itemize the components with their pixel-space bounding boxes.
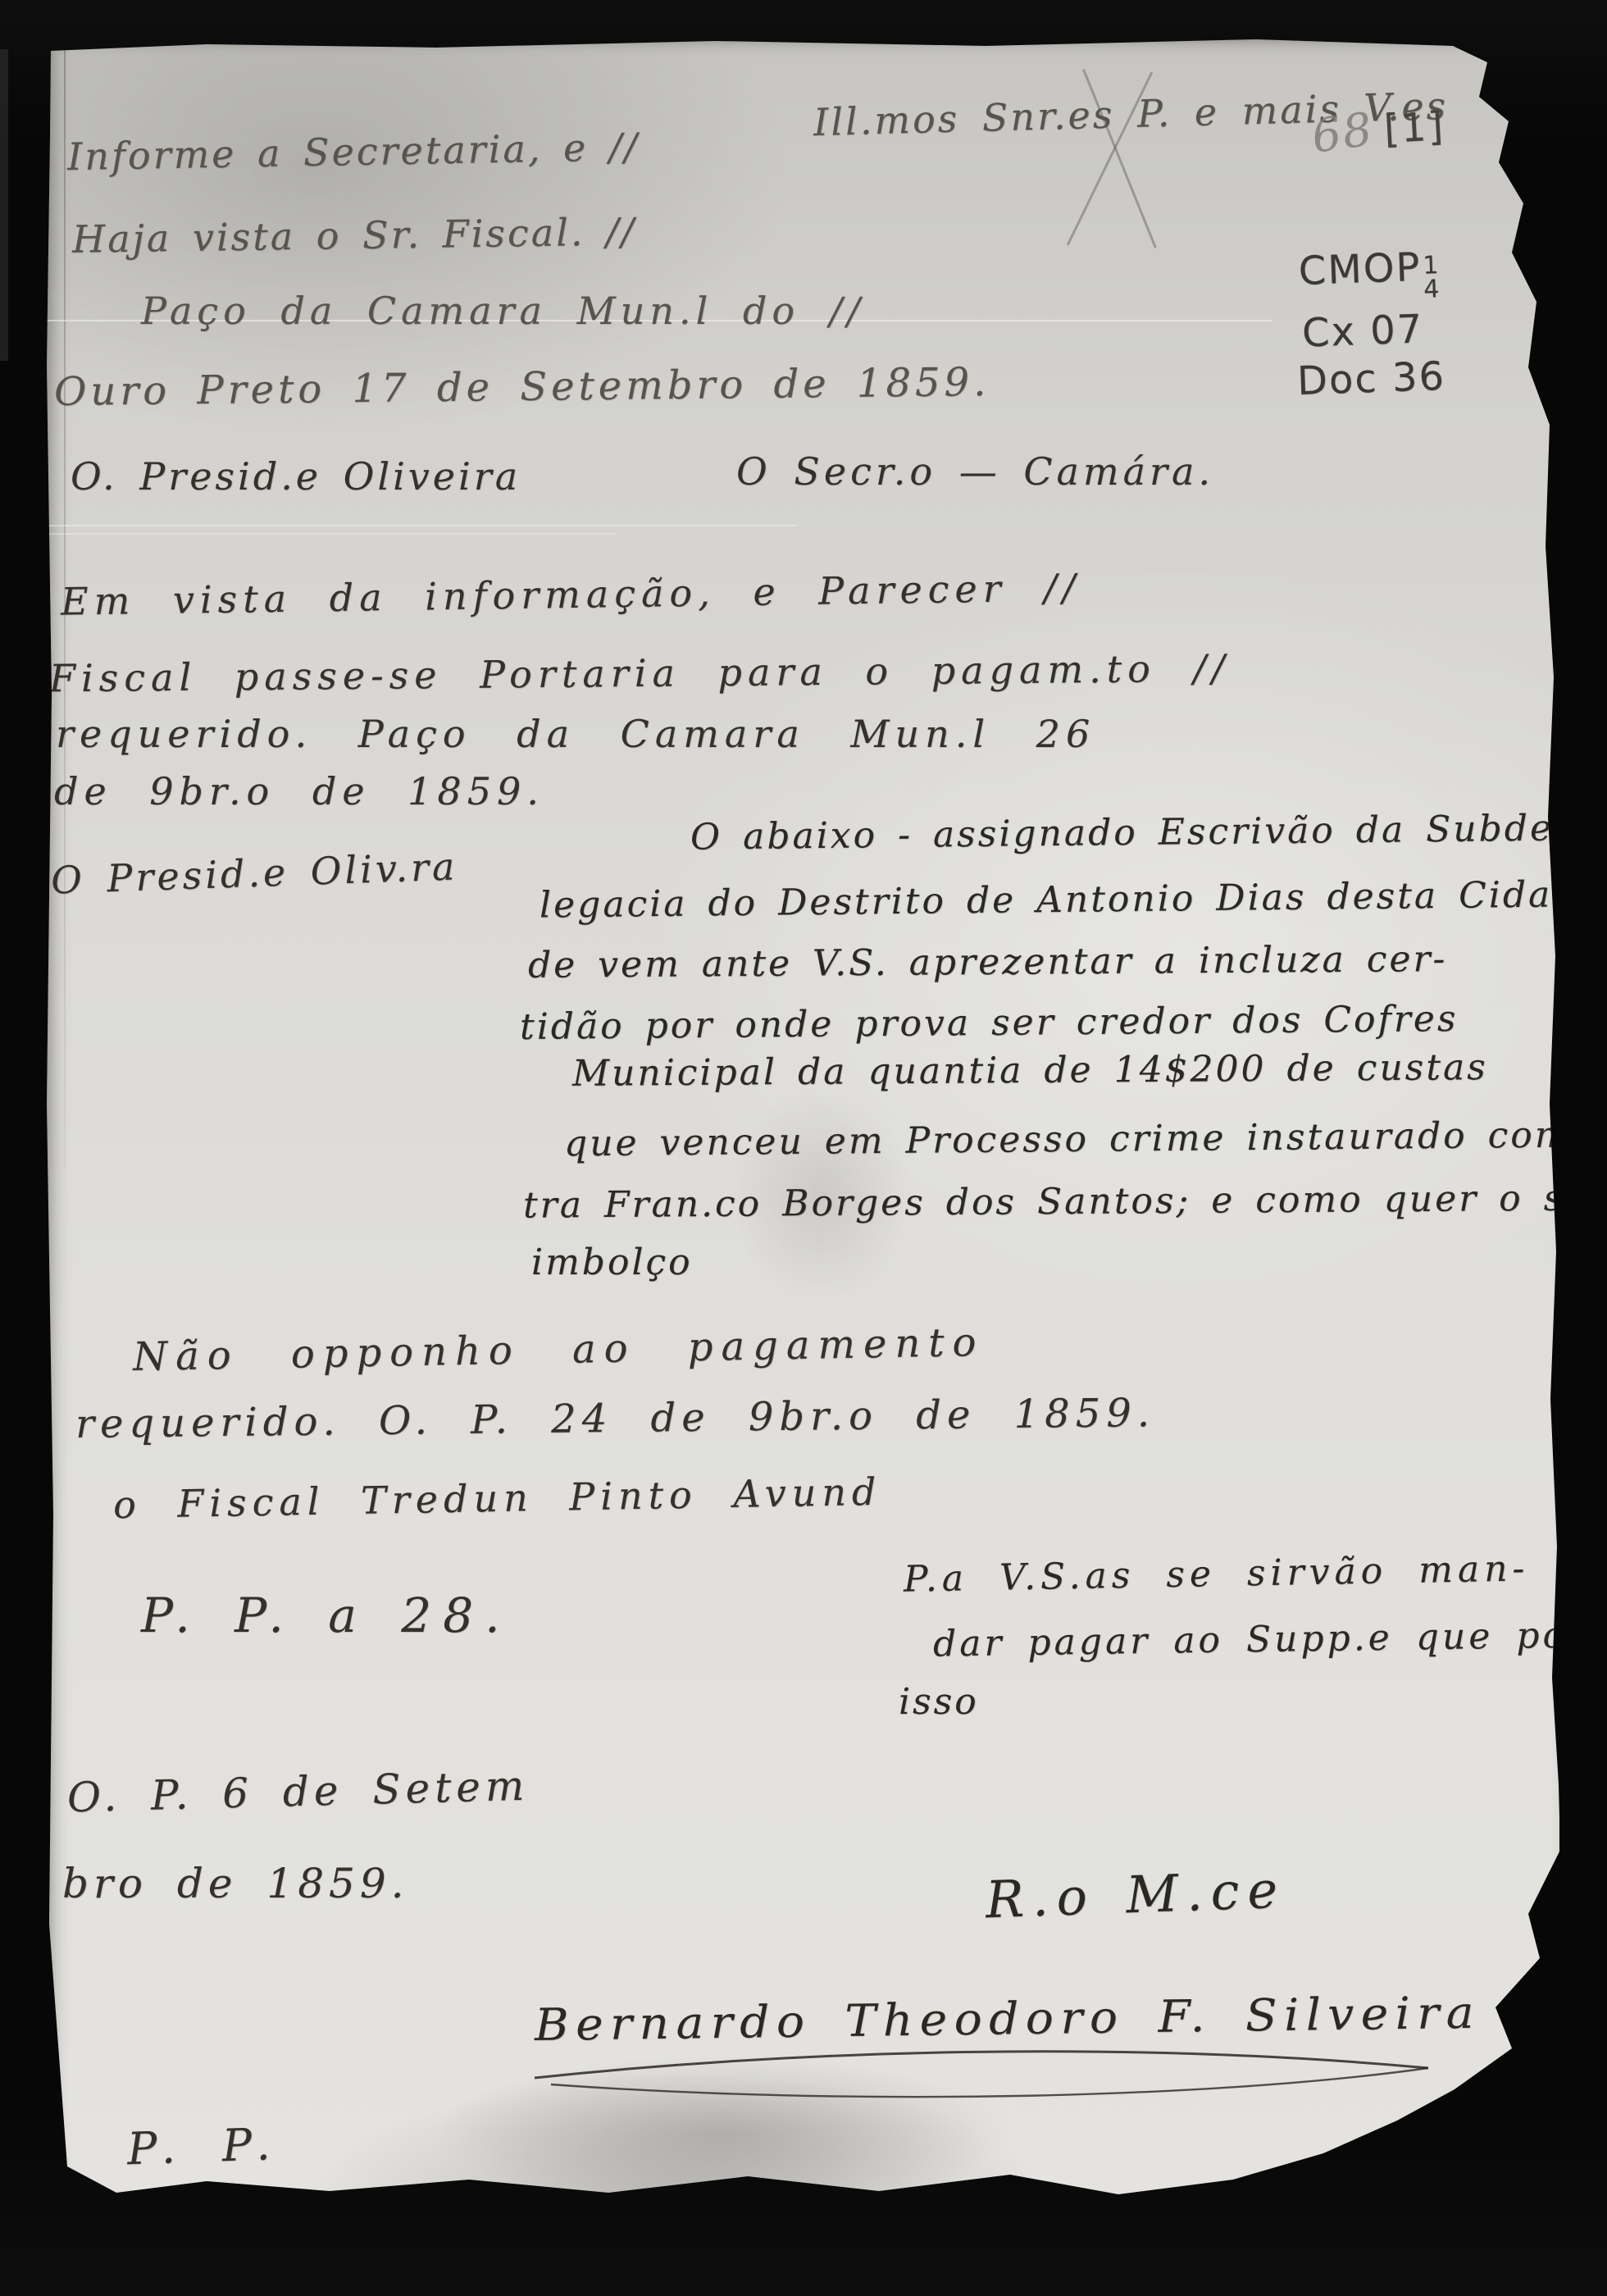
dispatch-line: Paço da Camara Mun.l do // [141,289,865,333]
fiscal-note-line: requerido. O. P. 24 de 9br.o de 1859. [75,1390,1156,1447]
date-note-line: O. P. 6 de Setem [66,1762,530,1822]
dispatch-line: requerido. Paço da Camara Mun.l 26 [56,712,1095,756]
petition-line: que venceu em Processo crime instaurado … [564,1114,1575,1165]
fiscal-note-line: Não opponho ao pagamento [133,1319,985,1380]
archive-collection-code: CMOP14 [1298,244,1441,306]
secretary-signature: O Secr.o — Camára. [736,449,1214,494]
scan-background: Informe a Secretaria, e // Ill.mos Snr.e… [0,0,1607,2296]
closing-request-line: P.a V.S.as se sirvão man- [904,1547,1530,1600]
archive-collection-fraction: 14 [1423,254,1441,302]
dispatch-line: Haja vista o Sr. Fiscal. // [72,209,637,262]
document-page: Informe a Secretaria, e // Ill.mos Snr.e… [43,38,1559,2211]
fiscal-signature: o Fiscal Tredun Pinto Avund [113,1469,882,1527]
closing-request-line: isso [899,1681,979,1723]
petition-line: legacia do Destrito de Antonio Dias dest… [539,873,1568,926]
president-signature: O. Presid.e Oliveira [71,454,521,499]
dispatch-date: Ouro Preto 17 de Setembro de 1859. [54,359,990,415]
scan-edge-artifact [0,49,8,361]
fiscal-postscript: P. P. a 28. [141,1588,512,1643]
scanner-streak [43,525,797,526]
date-note-line: bro de 1859. [62,1860,409,1907]
dispatch-line: Fiscal passe-se Portaria para o pagam.to… [49,646,1231,701]
petition-line: Municipal da quantia de 14$200 de custas [572,1046,1488,1095]
archive-pencil-number: 68 [1309,102,1377,164]
archive-box-number: Cx 07 [1301,306,1424,356]
petition-line: tra Fran.co Borges dos Santos; e como qu… [523,1177,1607,1226]
petition-line: tidão por onde prova ser credor dos Cofr… [520,998,1459,1048]
archive-collection-label: CMOP [1298,244,1423,294]
dispatch-date: de 9br.o de 1859. [54,769,544,813]
dispatch-line: Informe a Secretaria, e // [67,125,640,179]
petition-line: O abaixo - assignado Escrivão da Subde- [690,807,1568,858]
courtesy-formula: R.o M.ce [985,1860,1286,1930]
archive-doc-number: Doc 36 [1296,353,1446,404]
petition-line: imbolço [531,1241,693,1283]
closing-request-line: dar pagar ao Supp.e que por [933,1614,1589,1665]
fraction-denominator: 4 [1423,277,1441,301]
president-signature: O Presid.e Oliv.ra [50,844,458,902]
scanner-streak [43,533,617,535]
signature-flourish [502,2035,1461,2109]
petition-line: de vem ante V.S. aprezentar a incluza ce… [528,938,1448,986]
archive-bracket-number: [1] [1383,103,1446,153]
dispatch-line: Em vista da informação, e Parecer // [61,565,1081,623]
footer-initials: P. P. [126,2118,284,2175]
